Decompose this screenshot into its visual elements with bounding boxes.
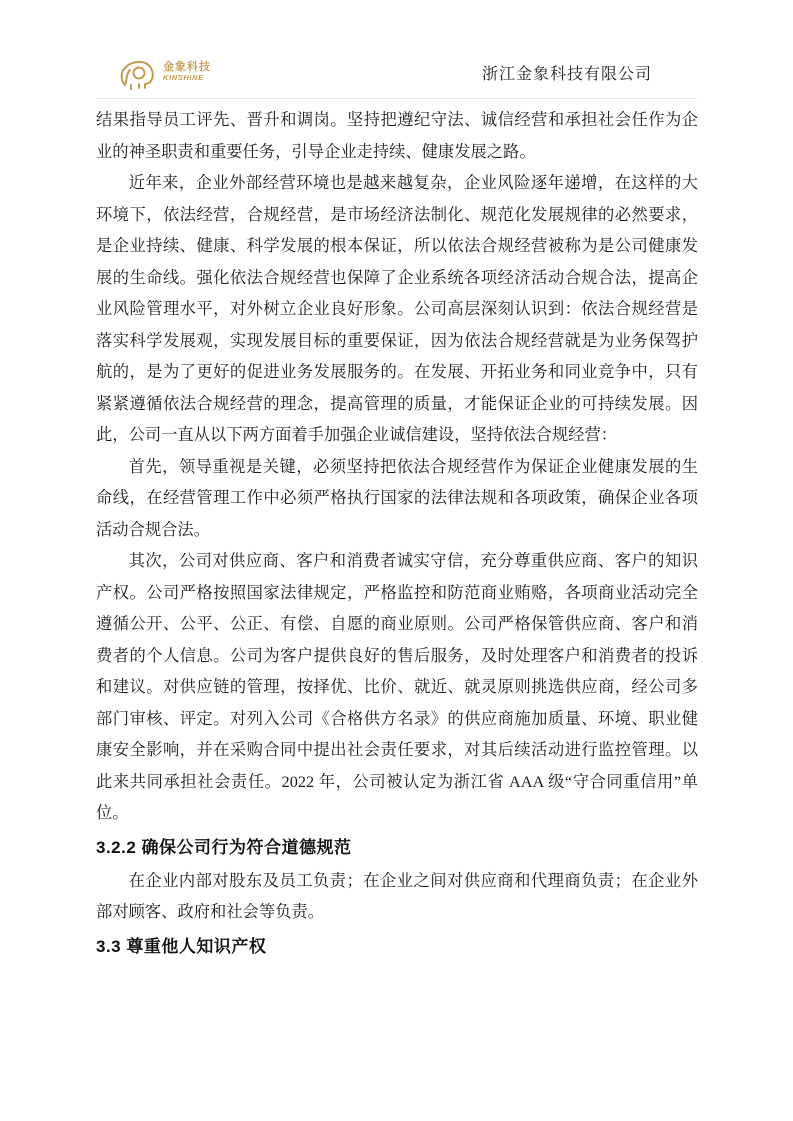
body-paragraph: 在企业内部对股东及员工负责；在企业之间对供应商和代理商负责；在企业外部对顾客、政… xyxy=(96,865,698,928)
section-heading-3-3: 3.3 尊重他人知识产权 xyxy=(96,932,698,962)
body-paragraph: 结果指导员工评先、晋升和调岗。坚持把遵纪守法、诚信经营和承担社会任作为企业的神圣… xyxy=(96,104,698,167)
page-header: 金象科技 KINSHINE 浙江金象科技有限公司 xyxy=(96,50,697,99)
elephant-logo-icon xyxy=(118,52,160,92)
company-logo: 金象科技 KINSHINE xyxy=(118,52,211,92)
document-page: 金象科技 KINSHINE 浙江金象科技有限公司 结果指导员工评先、晋升和调岗。… xyxy=(0,0,793,1121)
document-body: 结果指导员工评先、晋升和调岗。坚持把遵纪守法、诚信经营和承担社会任作为企业的神圣… xyxy=(96,104,698,964)
company-name: 浙江金象科技有限公司 xyxy=(482,61,652,84)
body-paragraph: 近年来，企业外部经营环境也是越来越复杂，企业风险逐年递增，在这样的大环境下，依法… xyxy=(96,167,698,451)
logo-text: 金象科技 KINSHINE xyxy=(163,62,211,81)
section-heading-3-2-2: 3.2.2 确保公司行为符合道德规范 xyxy=(96,833,698,863)
body-paragraph: 其次，公司对供应商、客户和消费者诚实守信，充分尊重供应商、客户的知识产权。公司严… xyxy=(96,545,698,829)
body-paragraph: 首先，领导重视是关键，必须坚持把依法合规经营作为保证企业健康发展的生命线，在经营… xyxy=(96,451,698,546)
logo-brand-en: KINSHINE xyxy=(163,74,211,82)
